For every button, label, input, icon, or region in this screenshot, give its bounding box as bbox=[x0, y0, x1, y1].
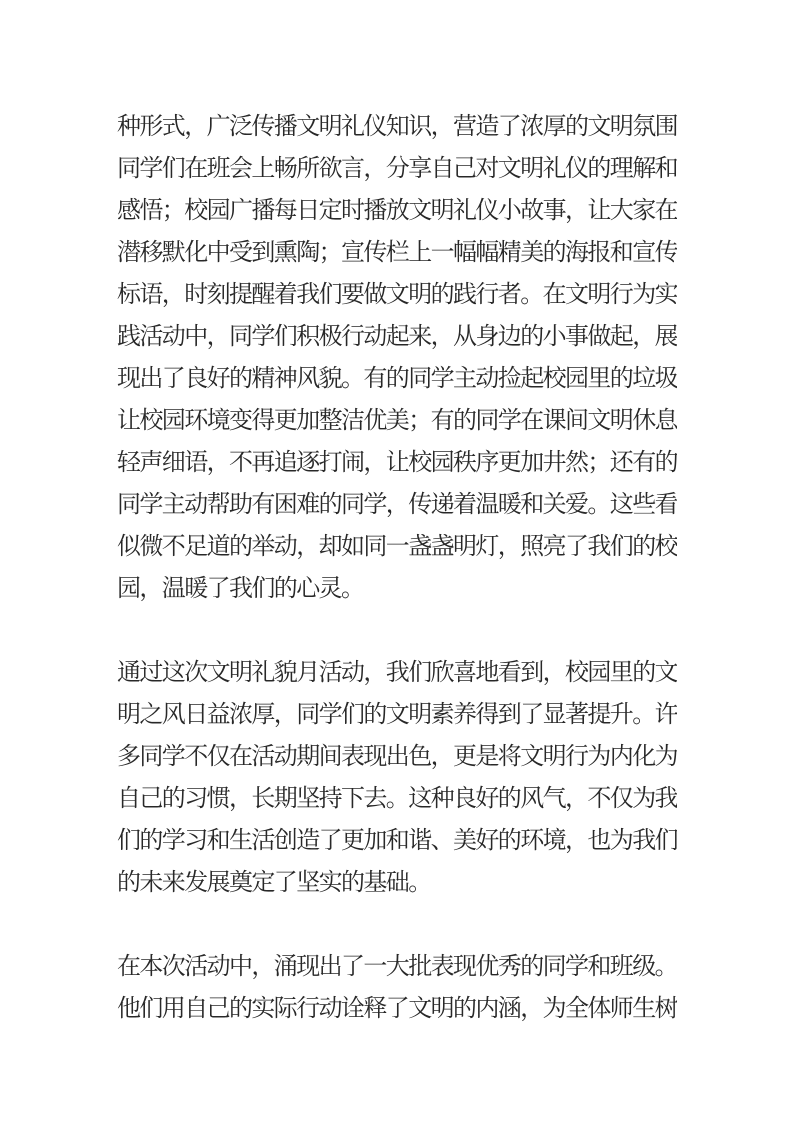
text-line: 他们用自己的实际行动诠释了文明的内涵，为全体师生树 bbox=[117, 988, 677, 1030]
text-line: 通过这次文明礼貌月活动，我们欣喜地看到，校园里的文 bbox=[117, 652, 677, 694]
text-line: 同学主动帮助有困难的同学，传递着温暖和关爱。这些看 bbox=[117, 484, 677, 526]
text-line: 同学们在班会上畅所欲言，分享自己对文明礼仪的理解和 bbox=[117, 148, 677, 190]
text-line: 种形式，广泛传播文明礼仪知识，营造了浓厚的文明氛围 bbox=[117, 106, 677, 148]
text-line: 标语，时刻提醒着我们要做文明的践行者。在文明行为实 bbox=[117, 274, 677, 316]
paragraph: 在本次活动中，涌现出了一大批表现优秀的同学和班级。他们用自己的实际行动诠释了文明… bbox=[117, 946, 677, 1030]
paragraph: 种形式，广泛传播文明礼仪知识，营造了浓厚的文明氛围同学们在班会上畅所欲言，分享自… bbox=[117, 106, 677, 610]
text-line: 让校园环境变得更加整洁优美；有的同学在课间文明休息 bbox=[117, 400, 677, 442]
text-line: 自己的习惯，长期坚持下去。这种良好的风气，不仅为我 bbox=[117, 778, 677, 820]
document-body: 种形式，广泛传播文明礼仪知识，营造了浓厚的文明氛围同学们在班会上畅所欲言，分享自… bbox=[117, 106, 677, 1030]
text-line: 明之风日益浓厚，同学们的文明素养得到了显著提升。许 bbox=[117, 694, 677, 736]
text-line: 们的学习和生活创造了更加和谐、美好的环境，也为我们 bbox=[117, 820, 677, 862]
text-line: 现出了良好的精神风貌。有的同学主动捡起校园里的垃圾 bbox=[117, 358, 677, 400]
text-line: 感悟；校园广播每日定时播放文明礼仪小故事，让大家在 bbox=[117, 190, 677, 232]
text-line: 的未来发展奠定了坚实的基础。 bbox=[117, 862, 677, 904]
paragraph: 通过这次文明礼貌月活动，我们欣喜地看到，校园里的文明之风日益浓厚，同学们的文明素… bbox=[117, 652, 677, 904]
text-line: 潜移默化中受到熏陶；宣传栏上一幅幅精美的海报和宣传 bbox=[117, 232, 677, 274]
text-line: 多同学不仅在活动期间表现出色，更是将文明行为内化为 bbox=[117, 736, 677, 778]
text-line: 在本次活动中，涌现出了一大批表现优秀的同学和班级。 bbox=[117, 946, 677, 988]
document-page: 种形式，广泛传播文明礼仪知识，营造了浓厚的文明氛围同学们在班会上畅所欲言，分享自… bbox=[0, 0, 793, 1122]
text-line: 似微不足道的举动，却如同一盏盏明灯，照亮了我们的校 bbox=[117, 526, 677, 568]
text-line: 践活动中，同学们积极行动起来，从身边的小事做起，展 bbox=[117, 316, 677, 358]
text-line: 轻声细语，不再追逐打闹，让校园秩序更加井然；还有的 bbox=[117, 442, 677, 484]
text-line: 园，温暖了我们的心灵。 bbox=[117, 568, 677, 610]
